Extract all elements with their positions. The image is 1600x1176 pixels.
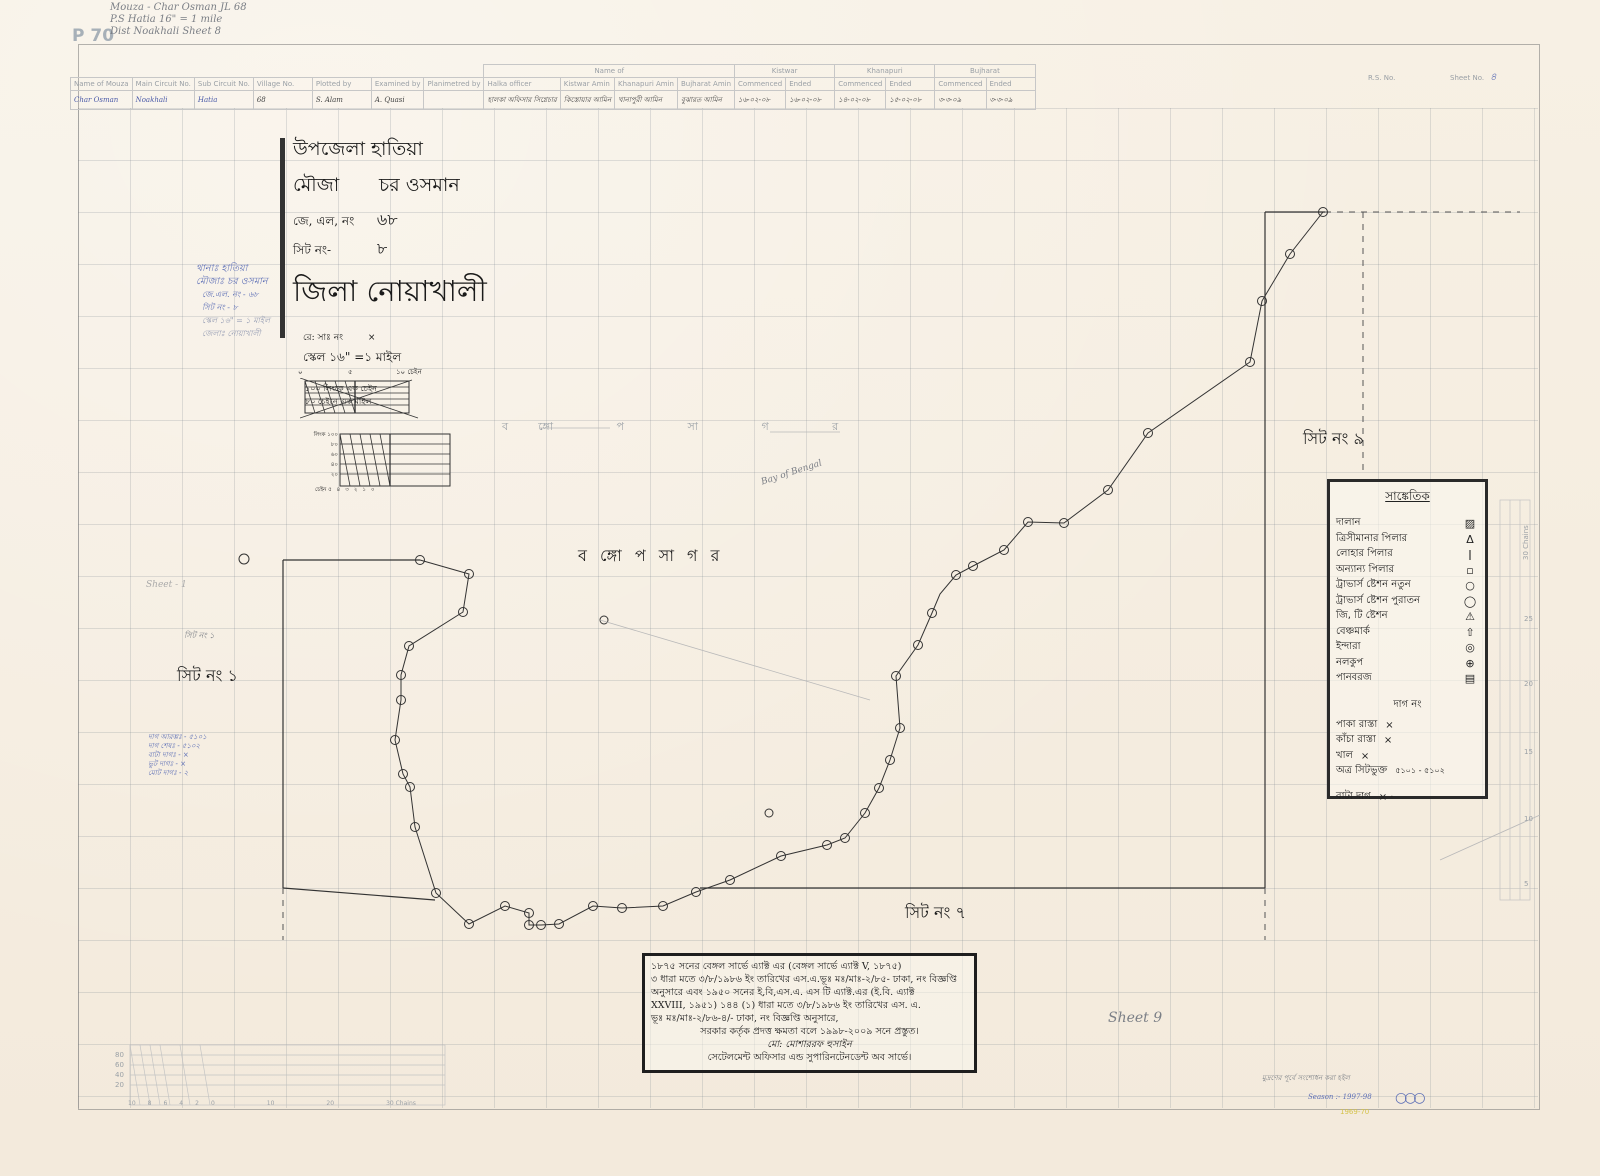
- legend-label: লোহার পিলার: [1336, 546, 1393, 563]
- stamp-line: সেটেলমেন্ট অফিসার এন্ড সুপারিনটেনডেন্ট অ…: [651, 1051, 968, 1064]
- plot-value: ×: [1384, 735, 1392, 746]
- sheet-1-label: সিট নং ১: [177, 663, 238, 690]
- plot-label: পাকা রাস্তা: [1336, 717, 1377, 734]
- plot-section-title: দাগ নং: [1330, 697, 1485, 714]
- legend-item: জি, টি ষ্টেশন⚠: [1330, 609, 1485, 625]
- right-scale-label: 15: [1524, 748, 1533, 756]
- tally-line: ভুট দাগঃ - ×: [148, 760, 207, 769]
- plot-item: অত্র সিটভুক্ত৫১০১ - ৫১০২: [1330, 764, 1485, 780]
- iron-pillar-icon: ǀ: [1461, 548, 1479, 561]
- plot-label: অত্র সিটভুক্ত: [1336, 763, 1387, 780]
- map-sheet: P 70 Mouza - Char Osman JL 68 P.S Hatia …: [0, 0, 1600, 1176]
- legend-label: দালান: [1336, 515, 1360, 532]
- right-scale-label: 5: [1524, 880, 1528, 888]
- tally-line: বাটা দাগঃ - ×: [148, 751, 207, 760]
- stamp-signature: মো: মোশাররফ হুসাইন: [651, 1038, 968, 1051]
- plot-item: কাঁচা রাস্তা×: [1330, 733, 1485, 749]
- plot-value: ×: [1361, 751, 1369, 762]
- bottom-scale-xlabel: 6: [163, 1100, 167, 1107]
- legend-label: নলকুপ: [1336, 655, 1363, 672]
- plot-item: পাকা রাস্তা×: [1330, 718, 1485, 734]
- sheet-1-pencil-label: Sheet - 1: [146, 580, 187, 590]
- plot-value: × ·: [1379, 792, 1394, 803]
- legend-title: সাঙ্কেতিক: [1330, 488, 1485, 508]
- legend-label: ইন্দারা: [1336, 639, 1361, 656]
- sheet-7-label: সিট নং ৭: [905, 900, 966, 927]
- benchmark-icon: ⇧: [1461, 626, 1479, 639]
- right-scale-label: 20: [1524, 680, 1533, 688]
- legend-label: ত্রিসীমানার পিলার: [1336, 531, 1407, 548]
- tubewell-icon: ⊕: [1461, 657, 1479, 670]
- traverse-stations: [239, 208, 1328, 930]
- bottom-scale-xlabel: 10: [128, 1100, 136, 1107]
- legend-item: ইন্দারা◎: [1330, 640, 1485, 656]
- legend-item: বেঞ্চমার্ক⇧: [1330, 625, 1485, 641]
- stamp-line: সরকার কর্তৃক প্রদত্ত ক্ষমতা বলে ১৯৯৮-২০০…: [651, 1025, 968, 1038]
- right-scale-label: 10: [1524, 815, 1533, 823]
- bottom-scale-ylabel: 40: [115, 1070, 124, 1080]
- trijunction-pillar-icon: Δ: [1461, 533, 1479, 546]
- legend-item: ট্রাভার্স ষ্টেশন নতুন○: [1330, 578, 1485, 594]
- legend-item: দালান▨: [1330, 516, 1485, 532]
- traverse-line: [395, 212, 1323, 925]
- legend-item: লোহার পিলারǀ: [1330, 547, 1485, 563]
- bottom-scale-xlabel: 0: [211, 1100, 215, 1107]
- right-scale-label: 30 Chains: [1522, 525, 1530, 560]
- gt-station-icon: ⚠: [1461, 610, 1479, 623]
- bottom-pencil-note: মুদ্রণের পূর্বে সংশোধন করা হইল: [1262, 1072, 1350, 1084]
- seal-circles-icon: ○○○: [1395, 1090, 1423, 1106]
- certification-stamp: ১৮৭৫ সনের বেঙ্গল সার্ভে এ্যাক্ট এর (বেঙ্…: [642, 953, 977, 1073]
- bottom-scale-xlabel: 20: [326, 1100, 334, 1107]
- bottom-scale-xlabel: 8: [148, 1100, 152, 1107]
- plot-value: ৫১০১ - ৫১০২: [1395, 765, 1445, 778]
- tally-line: মোট দাগঃ - ২: [148, 769, 207, 778]
- bottom-scale-ylabels: 80 60 40 20: [115, 1050, 124, 1090]
- bottom-scale-ylabel: 60: [115, 1060, 124, 1070]
- plot-item: খাল×: [1330, 749, 1485, 765]
- bottom-scale-ylabel: 80: [115, 1050, 124, 1060]
- legend-item: ত্রিসীমানার পিলারΔ: [1330, 532, 1485, 548]
- plot-value: ×: [1385, 720, 1393, 731]
- plot-label: কাঁচা রাস্তা: [1336, 732, 1376, 749]
- stamp-line: XXVIII, ১৯৫১) ১৪৪ (১) ধারা মতে ৩/৮/১৯৮৬ …: [651, 999, 968, 1012]
- legend-item: ট্রাভার্স ষ্টেশন পুরাতন◯: [1330, 594, 1485, 610]
- legend-label: পানবরজ: [1336, 670, 1372, 687]
- plot-item: বাটা দাগ× ·: [1330, 790, 1485, 806]
- tally-line: দাগ শেষঃ - ৫১০২: [148, 742, 207, 751]
- plot-label: খাল: [1336, 748, 1353, 765]
- legend-label: ট্রাভার্স ষ্টেশন পুরাতন: [1336, 593, 1420, 610]
- year-note: 1969-70: [1340, 1108, 1369, 1116]
- bottom-scale-xlabel: 4: [179, 1100, 183, 1107]
- legend-item: পানবরজ▤: [1330, 671, 1485, 687]
- legend-label: অন্যান্য পিলার: [1336, 562, 1394, 579]
- betel-garden-icon: ▤: [1461, 672, 1479, 685]
- plot-label: বাটা দাগ: [1336, 789, 1371, 806]
- legend-item: অন্যান্য পিলার▫: [1330, 563, 1485, 579]
- stamp-line: ৩ ধারা মতে ৩/৮/১৯৮৬ ইং তারিখের এস.এ.ভূঃ …: [651, 973, 968, 986]
- stamp-line: অনুসারে এবং ১৯৫০ সনের ই,বি,এস.এ. এস টি এ…: [651, 986, 968, 999]
- stamp-line: ভূঃ মঃ/মাঃ-২/৮৬-৪/- ঢাকা, নং বিজ্ঞপ্তি অ…: [651, 1012, 968, 1025]
- bay-of-bengal-label: ব ঙ্গো প সা গ র: [578, 543, 723, 570]
- bottom-scale-xlabels: 10 8 6 4 2 0 10 20 30 Chains: [128, 1100, 416, 1107]
- bottom-scale-xlabel: 10: [267, 1100, 275, 1107]
- stamp-line: ১৮৭৫ সনের বেঙ্গল সার্ভে এ্যাক্ট এর (বেঙ্…: [651, 960, 968, 973]
- bottom-scale-xlabel: 30 Chains: [386, 1100, 416, 1107]
- other-pillar-icon: ▫: [1461, 564, 1479, 577]
- sheet-1-faint-label: সিট নং ১: [184, 630, 214, 643]
- bottom-scale-xlabel: 2: [195, 1100, 199, 1107]
- legend-label: বেঞ্চমার্ক: [1336, 624, 1370, 641]
- bottom-scale-ylabel: 20: [115, 1080, 124, 1090]
- legend-label: জি, টি ষ্টেশন: [1336, 608, 1388, 625]
- left-plot-tally: দাগ আরম্ভঃ - ৫১০১ দাগ শেষঃ - ৫১০২ বাটা দ…: [148, 733, 207, 778]
- legend-box: সাঙ্কেতিক দালান▨ ত্রিসীমানার পিলারΔ লোহা…: [1327, 479, 1488, 799]
- sheet-9-label: সিট নং ৯: [1303, 426, 1364, 453]
- legend-label: ট্রাভার্স ষ্টেশন নতুন: [1336, 577, 1411, 594]
- traverse-station-new-icon: ○: [1461, 579, 1479, 592]
- building-icon: ▨: [1461, 517, 1479, 530]
- bay-of-bengal-faint-label: বঙ্গো প সা গ র: [502, 418, 868, 437]
- legend-item: নলকুপ⊕: [1330, 656, 1485, 672]
- well-icon: ◎: [1461, 641, 1479, 654]
- tally-line: দাগ আরম্ভঃ - ৫১০১: [148, 733, 207, 742]
- season-note: Season :- 1997-98: [1308, 1093, 1372, 1101]
- right-scale-label: 25: [1524, 615, 1533, 623]
- traverse-station-old-icon: ◯: [1461, 595, 1479, 608]
- sheet-9-pencil-label: Sheet 9: [1108, 1010, 1162, 1026]
